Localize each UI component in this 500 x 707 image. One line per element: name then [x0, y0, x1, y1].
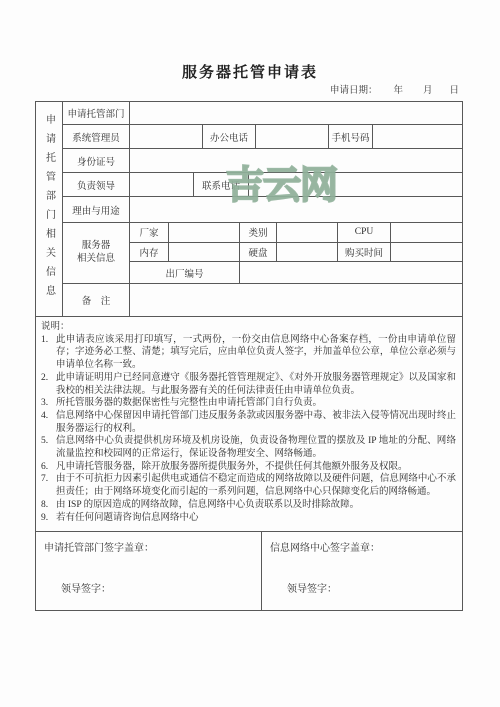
- side-header-label: 申请托管部门相关信息: [42, 114, 57, 304]
- dept-label: 申请托管部门: [63, 102, 130, 124]
- serial-label: 出厂编号: [130, 262, 240, 283]
- office-phone-value-field[interactable]: [256, 125, 329, 148]
- note-item-text: 凡申请托管服务器，除开放服务器所提供服务外，不提供任何其他额外服务及权限。: [56, 461, 456, 474]
- id-number-value-field[interactable]: [130, 149, 462, 172]
- office-phone-label: 办公电话: [203, 125, 256, 148]
- leader-label: 负责领导: [63, 173, 130, 196]
- server-info-group: 服务器 相关信息 厂家 类别 CPU 内存: [63, 223, 462, 284]
- mobile-label: 手机号码: [329, 125, 373, 148]
- note-item-9: 9.若有任何问题请咨询信息网络中心: [41, 512, 456, 525]
- server-info-label-line2: 相关信息: [77, 253, 115, 266]
- signature-section: 申请托管部门签字盖章： 领导签字： 信息网络中心签字盖章： 领导签字：: [36, 532, 462, 610]
- note-item-number: 8.: [41, 499, 56, 512]
- note-item-number: 6.: [41, 461, 56, 474]
- date-day-label: 日: [450, 82, 460, 96]
- cpu-label: CPU: [338, 223, 391, 242]
- note-item-4: 4.信息网络中心保留因申请托管部门违反服务条款或因服务器中毒、被非法入侵等情况出…: [41, 410, 456, 435]
- category-value-field[interactable]: [277, 223, 338, 242]
- document-page: 服务器托管申请表 申请日期： 年 月 日 申请托管部门相关信息 申请托管部门 系…: [0, 0, 500, 707]
- row-server-1: 厂家 类别 CPU: [130, 223, 462, 243]
- dept-value-field[interactable]: [130, 102, 462, 124]
- row-reason: 理由与用途: [63, 197, 462, 223]
- server-info-label: 服务器 相关信息: [63, 223, 130, 283]
- note-item-text: 此申请证明用户已经同意遵守《服务器托管管理规定》、《对外开放服务器管理规定》以及…: [56, 372, 456, 397]
- id-number-label: 身份证号: [63, 149, 130, 172]
- mobile-value-field[interactable]: [373, 125, 462, 148]
- side-header-column: 申请托管部门相关信息: [36, 102, 63, 316]
- note-item-3: 3.所托管服务器的数据保密性与完整性由申请托管部门自行负责。: [41, 397, 456, 410]
- date-month-label: 月: [423, 82, 433, 96]
- page-title: 服务器托管申请表: [0, 61, 500, 82]
- serial-value-field[interactable]: [240, 262, 462, 283]
- note-item-number: 2.: [41, 372, 56, 397]
- note-item-number: 4.: [41, 410, 56, 435]
- row-id-number: 身份证号: [63, 149, 462, 173]
- note-item-6: 6.凡申请托管服务器，除开放服务器所提供服务外，不提供任何其他额外服务及权限。: [41, 461, 456, 474]
- center-signature-title: 信息网络中心签字盖章：: [270, 539, 454, 554]
- note-item-8: 8.由 ISP 的原因造成的网络故障，信息网络中心负责联系以及时排除故障。: [41, 499, 456, 512]
- note-item-number: 7.: [41, 473, 56, 498]
- cpu-value-field[interactable]: [391, 223, 462, 242]
- notes-heading: 说明：: [41, 321, 456, 334]
- admin-label: 系统管理员: [63, 125, 130, 148]
- note-item-5: 5.信息网络中心负责提供机房环境及机房设施，负责设备物理位置的摆放及 IP 地址…: [41, 435, 456, 460]
- note-item-1: 1.此申请表应该采用打印填写，一式两份，一份交由信息网络中心备案存档，一份由申请…: [41, 334, 456, 372]
- note-item-text: 信息网络中心负责提供机房环境及机房设施，负责设备物理位置的摆放及 IP 地址的分…: [56, 435, 456, 460]
- signature-left-cell: 申请托管部门签字盖章： 领导签字：: [36, 532, 262, 610]
- vendor-label: 厂家: [130, 223, 169, 242]
- row-leader: 负责领导 联系电话: [63, 173, 462, 197]
- form-top-section: 申请托管部门相关信息 申请托管部门 系统管理员 办公电话 手机号码: [36, 102, 462, 316]
- memory-label: 内存: [130, 243, 169, 262]
- memory-value-field[interactable]: [169, 243, 240, 262]
- application-date-line: 申请日期： 年 月 日: [330, 82, 459, 96]
- purchase-time-value-field[interactable]: [391, 243, 462, 262]
- date-label: 申请日期：: [330, 82, 378, 96]
- note-item-7: 7.由于不可抗拒力因素引起供电或通信不稳定而造成的网络故障以及硬件问题，信息网络…: [41, 473, 456, 498]
- signature-right-cell: 信息网络中心签字盖章： 领导签字：: [262, 532, 462, 610]
- leader-value-field[interactable]: [130, 173, 194, 196]
- note-item-number: 5.: [41, 435, 56, 460]
- remark-label: 备 注: [63, 284, 130, 316]
- date-year-label: 年: [394, 82, 404, 96]
- row-server-2: 内存 硬盘 购买时间: [130, 243, 462, 263]
- note-item-number: 9.: [41, 512, 56, 525]
- row-dept: 申请托管部门: [63, 102, 462, 125]
- row-server-serial: 出厂编号: [130, 262, 462, 283]
- disk-label: 硬盘: [240, 243, 277, 262]
- dept-signature-title: 申请托管部门签字盖章：: [44, 539, 253, 554]
- server-info-label-line1: 服务器: [82, 240, 111, 253]
- row-admin: 系统管理员 办公电话 手机号码: [63, 125, 462, 149]
- note-item-text: 若有任何问题请咨询信息网络中心: [56, 512, 456, 525]
- remark-value-field[interactable]: [130, 284, 462, 316]
- note-item-text: 信息网络中心保留因申请托管部门违反服务条款或因服务器中毒、被非法入侵等情况出现时…: [56, 410, 456, 435]
- category-label: 类别: [240, 223, 277, 242]
- contact-phone-value-field[interactable]: [249, 173, 462, 196]
- notes-section: 说明： 1.此申请表应该采用打印填写，一式两份，一份交由信息网络中心备案存档，一…: [36, 316, 462, 532]
- application-form-table: 申请托管部门相关信息 申请托管部门 系统管理员 办公电话 手机号码: [35, 101, 463, 611]
- notes-list: 1.此申请表应该采用打印填写，一式两份，一份交由信息网络中心备案存档，一份由申请…: [41, 334, 456, 525]
- dept-leader-sign-label: 领导签字：: [61, 580, 253, 595]
- reason-label: 理由与用途: [63, 197, 130, 222]
- note-item-number: 3.: [41, 397, 56, 410]
- admin-value-field[interactable]: [130, 125, 203, 148]
- contact-phone-label: 联系电话: [194, 173, 249, 196]
- note-item-text: 所托管服务器的数据保密性与完整性由申请托管部门自行负责。: [56, 397, 456, 410]
- disk-value-field[interactable]: [277, 243, 338, 262]
- center-leader-sign-label: 领导签字：: [287, 580, 454, 595]
- note-item-text: 由于不可抗拒力因素引起供电或通信不稳定而造成的网络故障以及硬件问题，信息网络中心…: [56, 473, 456, 498]
- note-item-text: 由 ISP 的原因造成的网络故障，信息网络中心负责联系以及时排除故障。: [56, 499, 456, 512]
- reason-value-field[interactable]: [130, 197, 462, 222]
- note-item-text: 此申请表应该采用打印填写，一式两份，一份交由信息网络中心备案存档，一份由申请单位…: [56, 334, 456, 372]
- purchase-time-label: 购买时间: [338, 243, 391, 262]
- vendor-value-field[interactable]: [169, 223, 240, 242]
- row-remark: 备 注: [63, 284, 462, 316]
- note-item-number: 1.: [41, 334, 56, 372]
- note-item-2: 2.此申请证明用户已经同意遵守《服务器托管管理规定》、《对外开放服务器管理规定》…: [41, 372, 456, 397]
